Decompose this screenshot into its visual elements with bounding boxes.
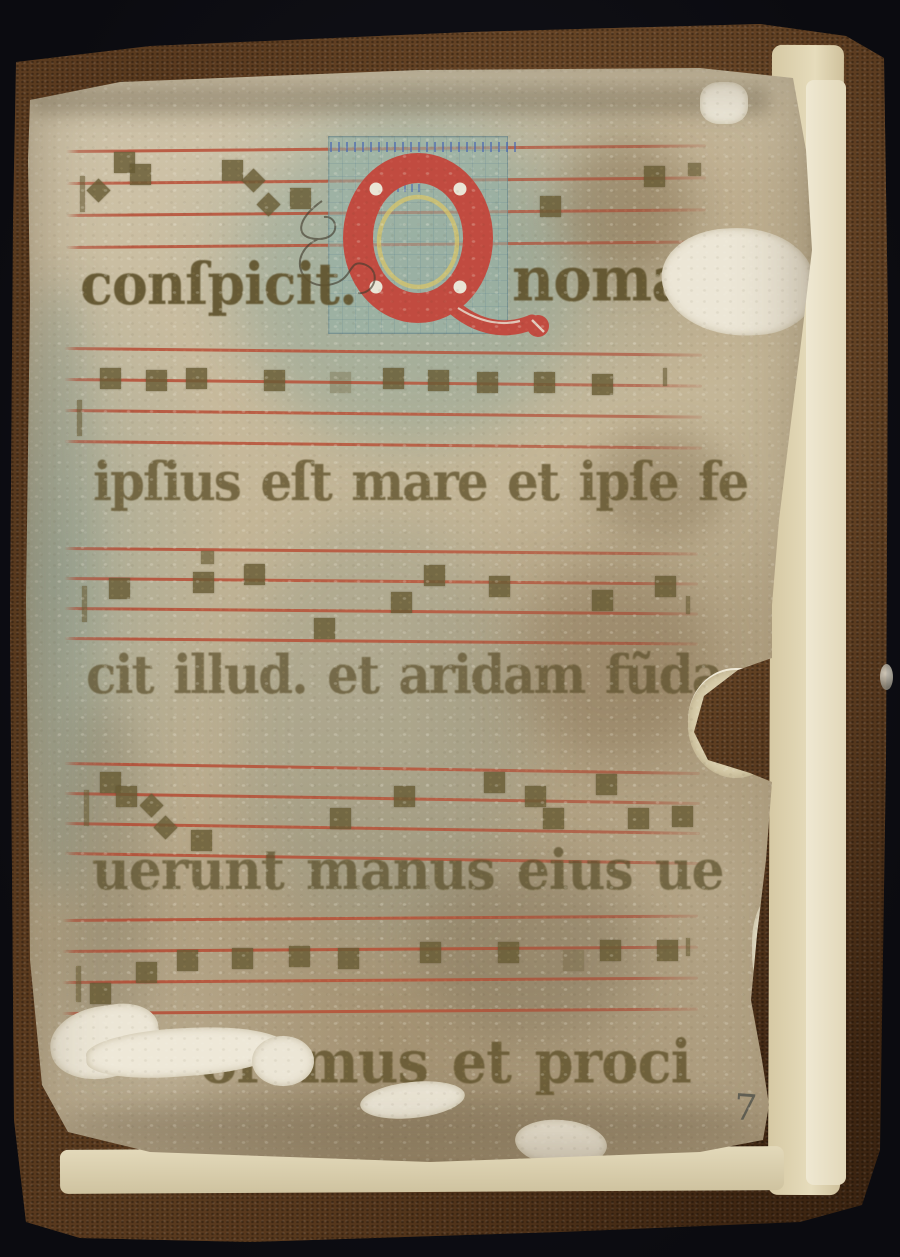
square-neume: [136, 962, 157, 983]
parchment-leaf: conſpicit. nomaz ipſius eſt mare et ipſe…: [18, 60, 818, 1170]
binding-stud: [880, 664, 893, 690]
clef-bar: [84, 790, 89, 826]
damage-patch: [700, 82, 748, 124]
staff-line: [64, 577, 698, 586]
square-neume: [657, 940, 678, 961]
square-neume: [672, 806, 693, 827]
chant-text-line-3: cit illud. et aridam fũda: [86, 648, 722, 702]
square-neume: [394, 786, 415, 807]
chant-text-line-1: conſpicit.: [80, 255, 357, 313]
square-neume: [525, 786, 546, 807]
clef-bar: [76, 966, 81, 1002]
diamond-neume: [139, 793, 163, 817]
staff-line: [64, 440, 702, 450]
custos-tick: [663, 368, 667, 386]
staff-line: [64, 347, 702, 357]
square-neume: [193, 572, 214, 593]
square-neume: [186, 368, 207, 389]
square-neume: [391, 592, 412, 613]
square-neume: [264, 370, 285, 391]
square-neume: [232, 948, 253, 969]
clef-bar: [77, 400, 82, 436]
custos-tick: [686, 938, 690, 956]
square-neume: [534, 372, 555, 393]
square-neume: [628, 808, 649, 829]
square-neume: [420, 942, 441, 963]
custos-tick: [686, 596, 690, 614]
square-neume: [655, 576, 676, 597]
square-neume: [383, 368, 404, 389]
square-neume: [592, 374, 613, 395]
square-neume: [90, 983, 111, 1004]
manuscript-photo: conſpicit. nomaz ipſius eſt mare et ipſe…: [0, 0, 900, 1257]
square-neume: [600, 940, 621, 961]
square-neume: [484, 772, 505, 793]
square-neume: [338, 948, 359, 969]
staff-line: [62, 915, 698, 922]
diamond-neume: [153, 815, 177, 839]
square-neume: [130, 164, 151, 185]
folio-number: 7: [733, 1087, 759, 1129]
chant-text-line-2: ipſius eſt mare et ipſe fe: [93, 455, 747, 509]
chant-text-line-4: uerunt manus eius ue: [92, 843, 724, 899]
square-neume: [116, 786, 137, 807]
square-neume: [222, 160, 243, 181]
square-neume: [109, 578, 130, 599]
staff-line: [62, 977, 698, 984]
small-neume: [201, 551, 214, 564]
square-neume: [330, 808, 351, 829]
square-neume: [543, 808, 564, 829]
clef-bar: [82, 586, 87, 622]
square-neume: [314, 618, 335, 639]
clef-bar: [80, 176, 85, 212]
square-neume: [428, 370, 449, 391]
under-page-edge-2: [806, 80, 846, 1185]
square-neume: [592, 590, 613, 611]
staff-line: [62, 1008, 698, 1015]
square-neume: [289, 946, 310, 967]
staff-line: [64, 547, 698, 556]
square-neume: [146, 370, 167, 391]
faint-neume: [330, 372, 351, 393]
square-neume: [644, 166, 665, 187]
square-neume: [477, 372, 498, 393]
diamond-neume: [241, 168, 265, 192]
square-neume: [596, 774, 617, 795]
damage-patch: [252, 1036, 314, 1086]
square-neume: [498, 942, 519, 963]
square-neume: [244, 564, 265, 585]
square-neume: [100, 368, 121, 389]
square-neume: [177, 950, 198, 971]
small-neume: [688, 163, 701, 176]
square-neume: [424, 565, 445, 586]
square-neume: [489, 576, 510, 597]
faint-neume: [563, 950, 584, 971]
staff-line: [64, 409, 702, 419]
